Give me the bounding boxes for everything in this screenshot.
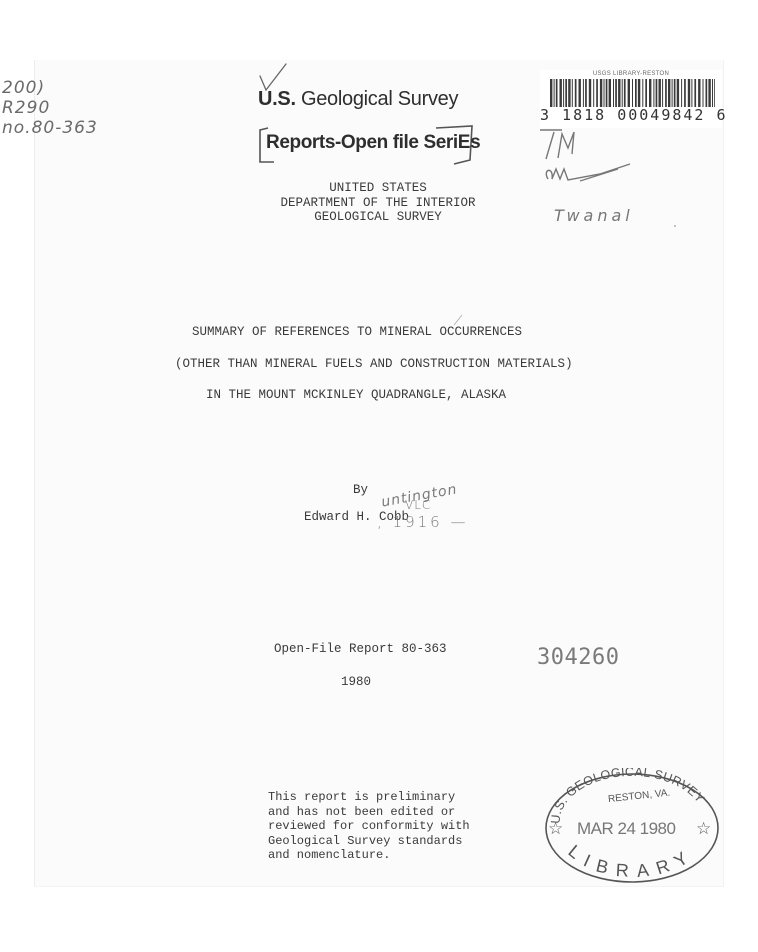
title-line: (OTHER THAN MINERAL FUELS AND CONSTRUCTI… [175, 357, 573, 371]
library-receipt-stamp: U.S. GEOLOGICAL SURVEY RESTON, VA. ☆ ☆ M… [538, 768, 723, 888]
call-number-line: 200) [2, 78, 98, 98]
disclaimer-line: Geological Survey standards [268, 834, 470, 849]
barcode-library-label: USGS LIBRARY-RESTON [540, 71, 722, 77]
barcode-number: 3 1818 00049842 6 [540, 106, 722, 124]
handwritten-note-line: VLC [405, 498, 431, 512]
star-icon: ☆ [548, 819, 563, 839]
series-stamp: Reports-Open file SeriEs [258, 124, 476, 164]
usgs-header-stamp: U.S. Geological Survey [258, 88, 458, 111]
disclaimer-line: and has not been edited or [268, 805, 470, 820]
disclaimer-line: and nomenclature. [268, 848, 470, 863]
disclaimer: This report is preliminary and has not b… [268, 790, 470, 863]
stamp-location-text: RESTON, VA. [607, 788, 670, 805]
usgs-survey-text: Geological Survey [301, 88, 458, 110]
call-number-line: no.80-363 [2, 118, 98, 138]
agency-line: DEPARTMENT OF THE INTERIOR [0, 196, 758, 211]
handwritten-note-line: , 1916 — [377, 513, 468, 531]
agency-heading: UNITED STATES DEPARTMENT OF THE INTERIOR… [0, 181, 758, 225]
title-line: IN THE MOUNT MCKINLEY QUADRANGLE, ALASKA [206, 388, 506, 402]
pencil-mark-icon [452, 313, 464, 327]
stamp-bottom-arc-text: LIBRARY [565, 841, 699, 881]
library-barcode: USGS LIBRARY-RESTON 3 1818 00049842 6 [540, 70, 722, 128]
by-label: By [353, 483, 368, 497]
usgs-us-text: U.S. [258, 88, 296, 110]
stamp-date-text: MAR 24 1980 [577, 819, 675, 838]
handwritten-author-note: untington VLC , 1916 — [375, 474, 495, 534]
disclaimer-line: reviewed for conformity with [268, 819, 470, 834]
agency-line: UNITED STATES [0, 181, 758, 196]
star-icon: ☆ [696, 819, 711, 839]
handwritten-call-number: 200) R290 no.80-363 [2, 78, 98, 138]
report-number: Open-File Report 80-363 [274, 642, 447, 656]
accession-number-stamp: 304260 [537, 645, 619, 670]
title-line: SUMMARY OF REFERENCES TO MINERAL OCCURRE… [192, 325, 522, 339]
barcode-bars [550, 79, 715, 107]
agency-line: GEOLOGICAL SURVEY [0, 210, 758, 225]
report-year: 1980 [341, 675, 371, 689]
series-label: Reports-Open file SeriEs [266, 132, 480, 154]
disclaimer-line: This report is preliminary [268, 790, 470, 805]
call-number-line: R290 [2, 98, 98, 118]
